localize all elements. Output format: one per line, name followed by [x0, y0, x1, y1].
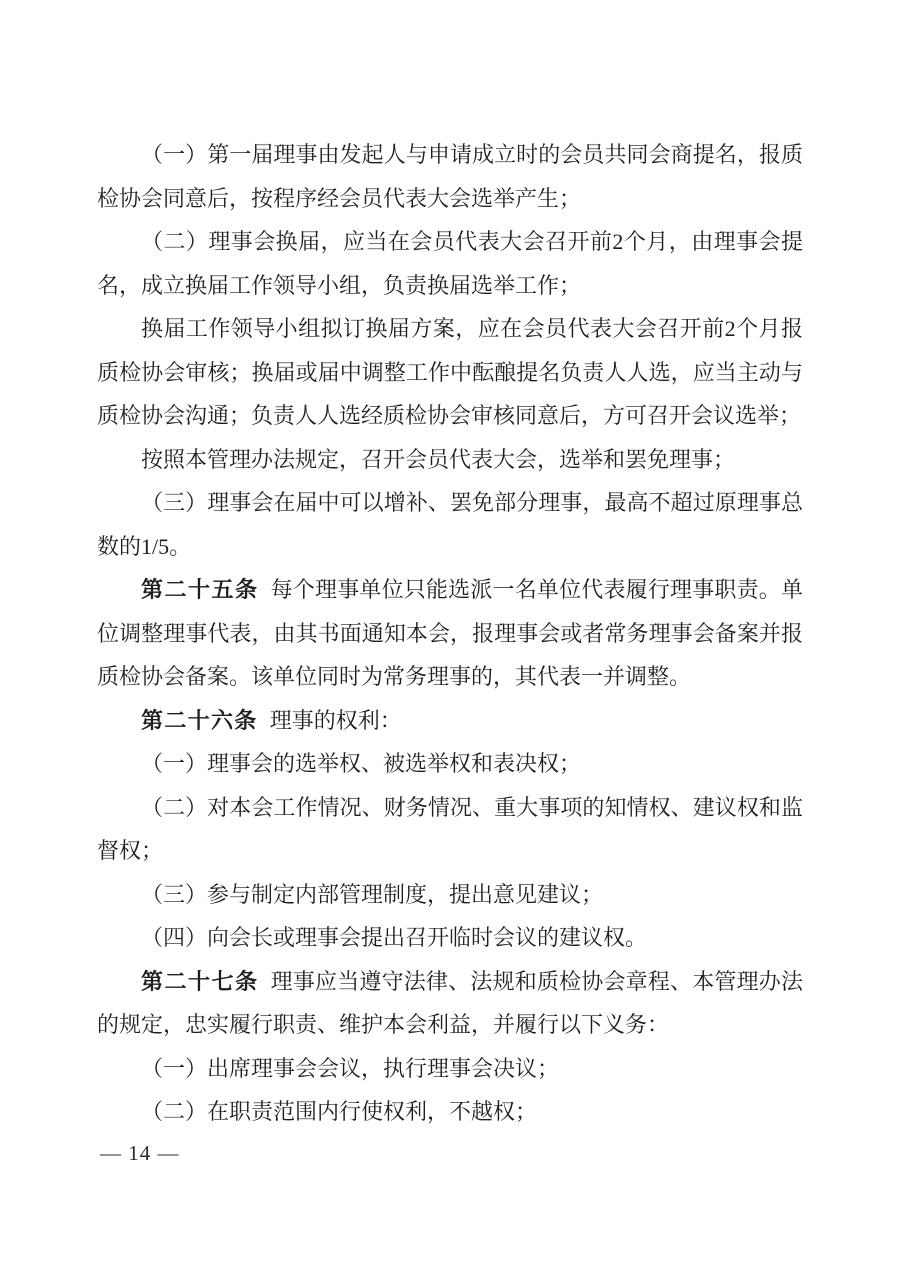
paragraph-text: （二）对本会工作情况、财务情况、重大事项的知情权、建议权和监督权；: [97, 795, 803, 864]
paragraph-text: （一）第一届理事由发起人与申请成立时的会员共同会商提名，报质检协会同意后，按程序…: [97, 142, 803, 211]
paragraph-text: （三）理事会在届中可以增补、罢免部分理事，最高不超过原理事总数的1/5。: [97, 490, 803, 559]
article-number-25: 第二十五条: [141, 577, 259, 602]
paragraph-text: 换届工作领导小组拟订换届方案，应在会员代表大会召开前2个月报质检协会审核；换届或…: [97, 316, 803, 428]
article-number-26: 第二十六条: [141, 708, 258, 733]
document-body: （一）第一届理事由发起人与申请成立时的会员共同会商提名，报质检协会同意后，按程序…: [97, 133, 803, 1134]
paragraph: （二）对本会工作情况、财务情况、重大事项的知情权、建议权和监督权；: [97, 786, 803, 873]
paragraph: （一）第一届理事由发起人与申请成立时的会员共同会商提名，报质检协会同意后，按程序…: [97, 133, 803, 220]
paragraph-text: （二）在职责范围内行使权利，不越权；: [141, 1099, 537, 1124]
page-number: — 14 —: [100, 1141, 180, 1166]
paragraph: 第二十六条理事的权利：: [97, 699, 803, 743]
paragraph-text: （三）参与制定内部管理制度，提出意见建议；: [141, 882, 603, 907]
paragraph-text: （一）出席理事会会议，执行理事会决议；: [141, 1056, 559, 1081]
paragraph-text: （二）理事会换届，应当在会员代表大会召开前2个月，由理事会提名，成立换届工作领导…: [97, 229, 803, 298]
paragraph-text: （一）理事会的选举权、被选举权和表决权；: [141, 751, 581, 776]
document-page: （一）第一届理事由发起人与申请成立时的会员共同会商提名，报质检协会同意后，按程序…: [0, 0, 900, 1273]
paragraph: （一）出席理事会会议，执行理事会决议；: [97, 1047, 803, 1091]
paragraph: 第二十五条每个理事单位只能选派一名单位代表履行理事职责。单位调整理事代表，由其书…: [97, 568, 803, 699]
paragraph: 换届工作领导小组拟订换届方案，应在会员代表大会召开前2个月报质检协会审核；换届或…: [97, 307, 803, 438]
paragraph: （二）理事会换届，应当在会员代表大会召开前2个月，由理事会提名，成立换届工作领导…: [97, 220, 803, 307]
paragraph: （三）理事会在届中可以增补、罢免部分理事，最高不超过原理事总数的1/5。: [97, 481, 803, 568]
paragraph: （三）参与制定内部管理制度，提出意见建议；: [97, 873, 803, 917]
paragraph: 按照本管理办法规定，召开会员代表大会，选举和罢免理事；: [97, 438, 803, 482]
paragraph: 第二十七条理事应当遵守法律、法规和质检协会章程、本管理办法的规定，忠实履行职责、…: [97, 960, 803, 1047]
paragraph-text: 理事的权利：: [270, 708, 402, 733]
paragraph-text: （四）向会长或理事会提出召开临时会议的建议权。: [141, 925, 647, 950]
paragraph: （二）在职责范围内行使权利，不越权；: [97, 1090, 803, 1134]
article-number-27: 第二十七条: [141, 969, 259, 994]
paragraph: （四）向会长或理事会提出召开临时会议的建议权。: [97, 916, 803, 960]
paragraph: （一）理事会的选举权、被选举权和表决权；: [97, 742, 803, 786]
paragraph-text: 按照本管理办法规定，召开会员代表大会，选举和罢免理事；: [141, 447, 735, 472]
